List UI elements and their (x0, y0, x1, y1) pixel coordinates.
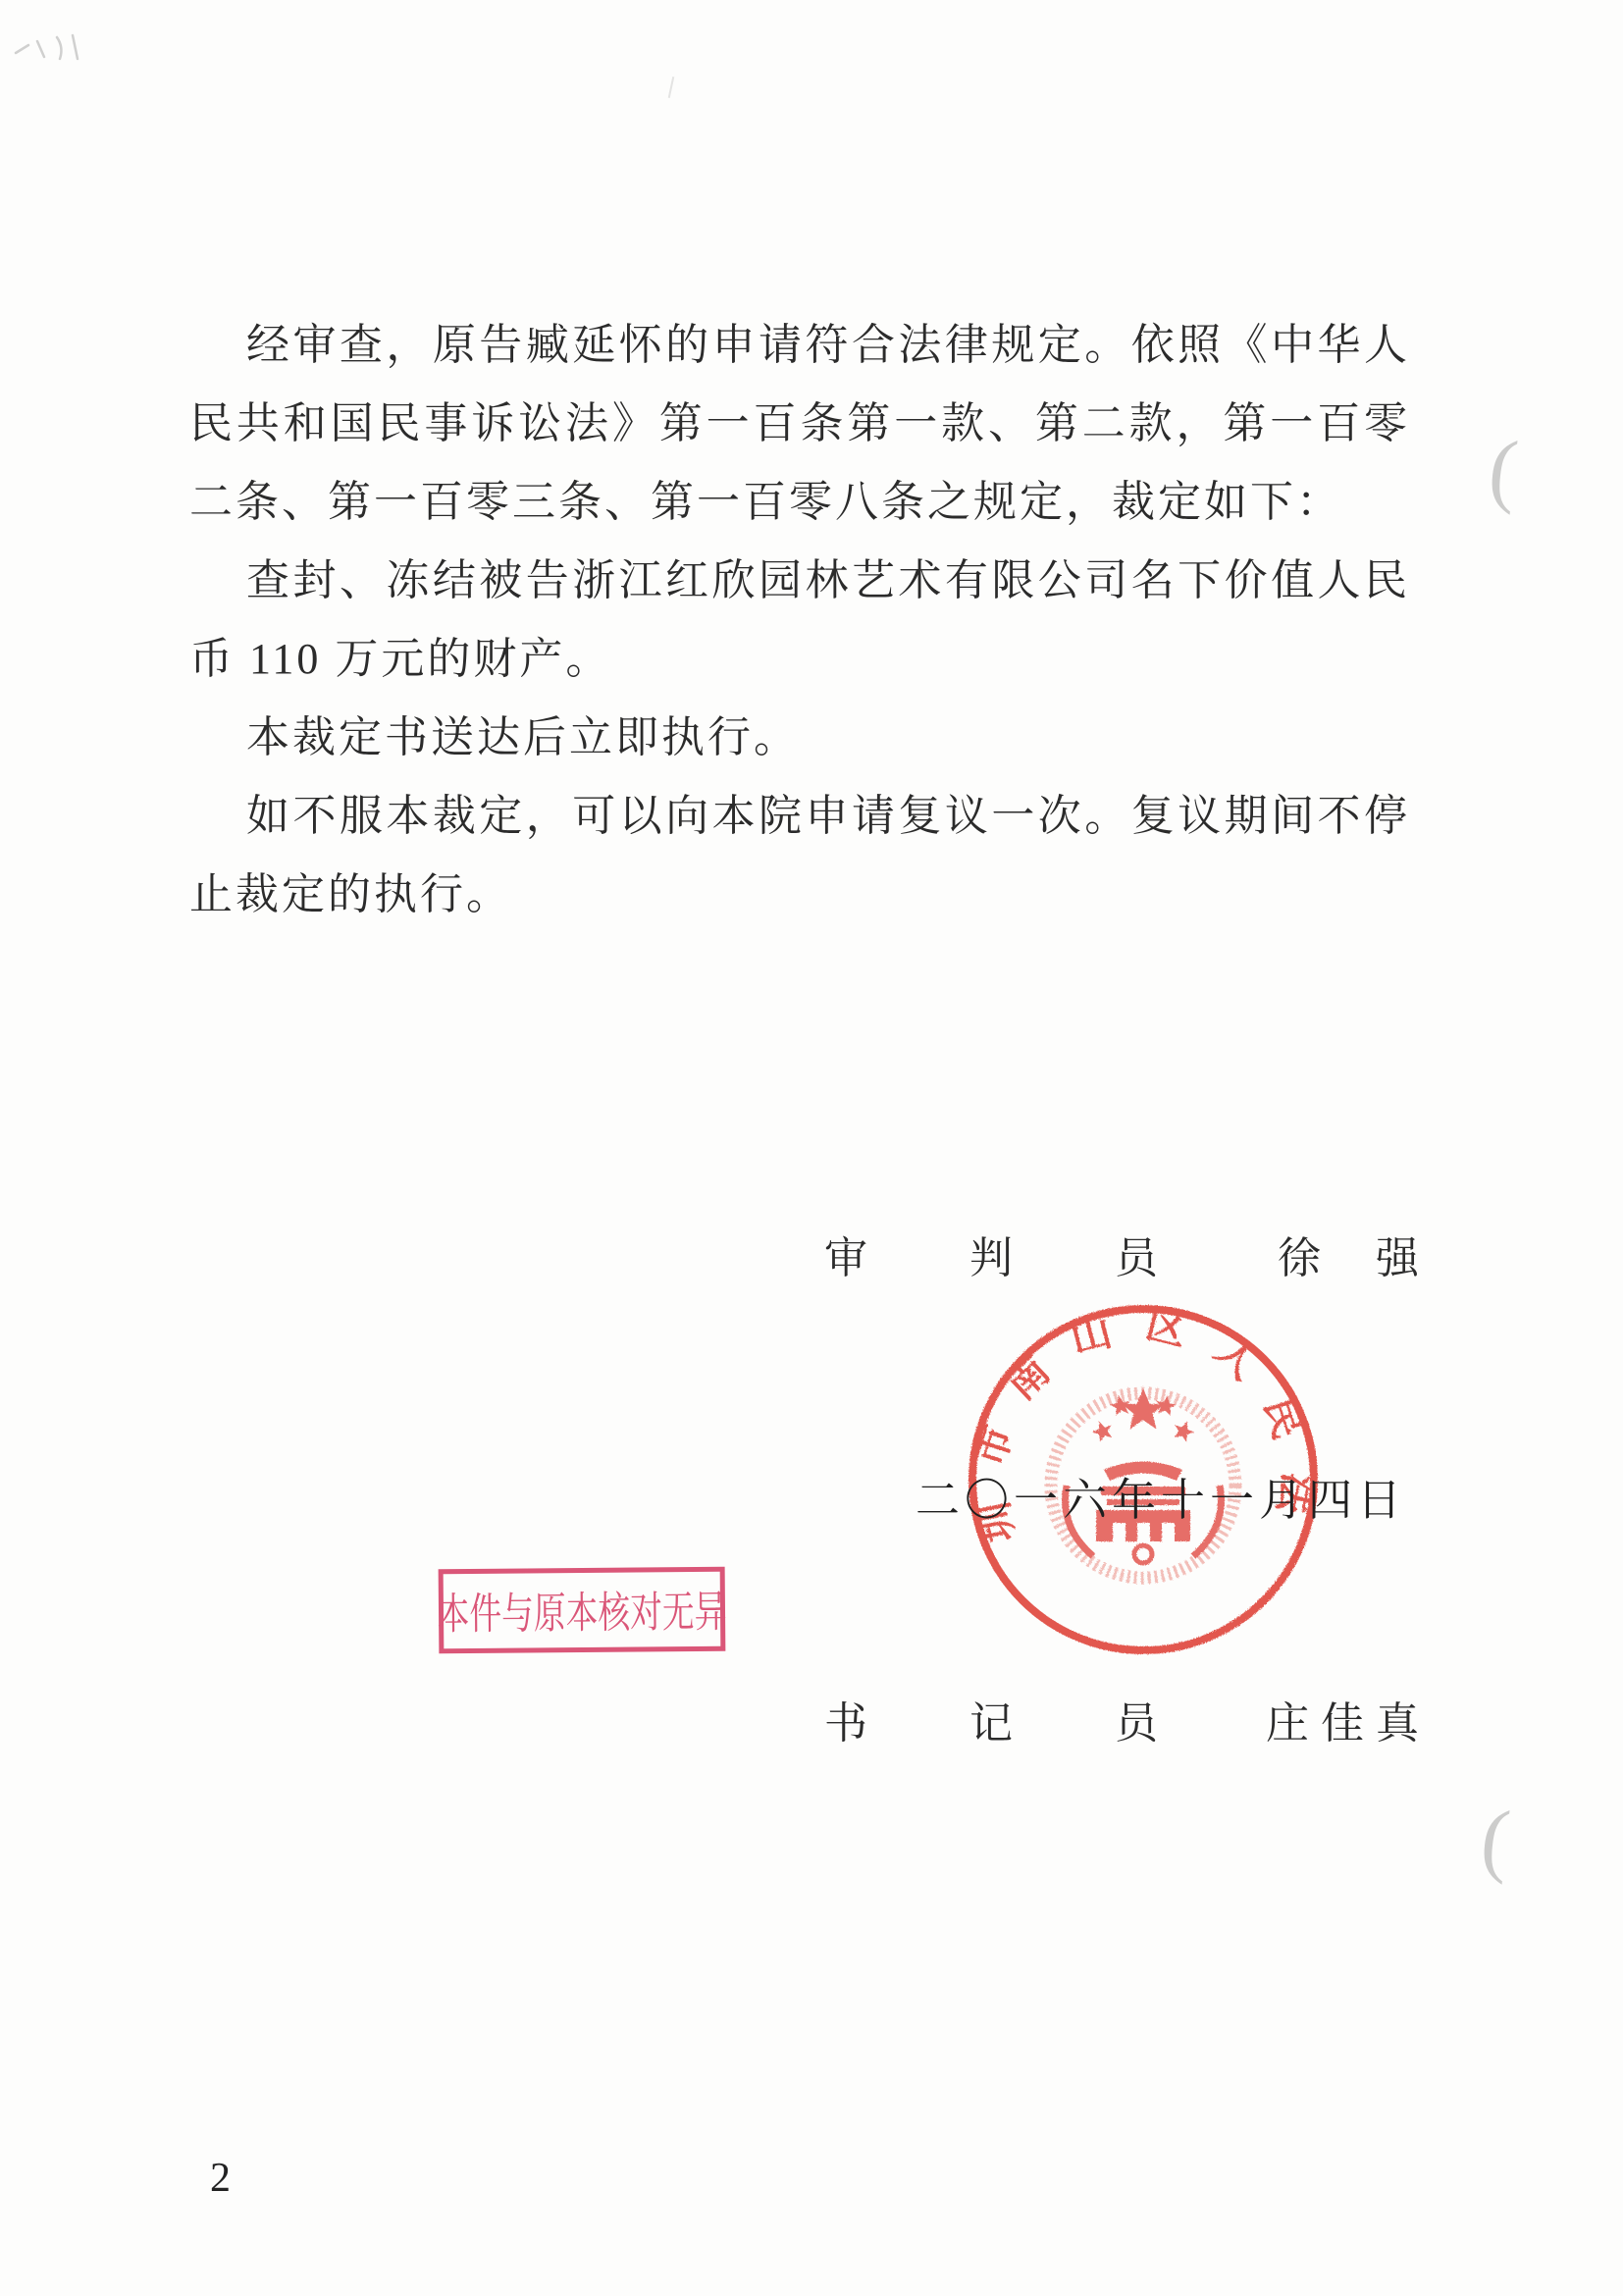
verification-stamp: 本件与原本核对无异 (439, 1567, 726, 1654)
paragraph-ruling-order: 查封、冻结被告浙江红欣园林艺术有限公司名下价值人民币 110 万元的财产。 (189, 542, 1410, 699)
clerk-title: 书记员 (824, 1699, 1260, 1748)
clerk-signature-line: 书记员庄佳真 (824, 1696, 1431, 1751)
judge-title: 审判员 (824, 1234, 1260, 1282)
punch-shadow-artifact-bottom: ( (1477, 1791, 1514, 1888)
punch-shadow-artifact-top: ( (1485, 421, 1522, 518)
verification-stamp-text: 本件与原本核对无异 (437, 1578, 726, 1643)
court-ruling-page: ( ( 经审查，原告臧延怀的申请符合法律规定。依照《中华人民共和国民事诉讼法》第… (0, 0, 1623, 2296)
clerk-name: 庄佳真 (1266, 1699, 1431, 1748)
ruling-date: 二〇一六年十一月四日 (916, 1464, 1406, 1528)
paragraph-reconsideration: 如不服本裁定，可以向本院申请复议一次。复议期间不停止裁定的执行。 (189, 777, 1410, 934)
page-number: 2 (210, 2155, 231, 2202)
scan-tick-artifact (668, 77, 675, 98)
judge-signature-line: 审判员徐强 (824, 1230, 1474, 1286)
ruling-body-text: 经审查，原告臧延怀的申请符合法律规定。依照《中华人民共和国民事诉讼法》第一百条第… (189, 306, 1410, 934)
pencil-scribble-artifact (6, 20, 133, 71)
paragraph-review-findings: 经审查，原告臧延怀的申请符合法律规定。依照《中华人民共和国民事诉讼法》第一百条第… (189, 306, 1410, 542)
judge-name: 徐强 (1278, 1234, 1474, 1282)
paragraph-immediate-execution: 本裁定书送达后立即执行。 (189, 699, 1410, 777)
